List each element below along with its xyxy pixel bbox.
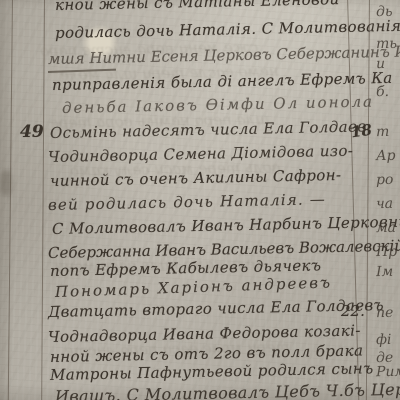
manuscript-fragment: Пр xyxy=(376,244,397,260)
manuscript-fragment: Ар xyxy=(376,148,396,164)
manuscript-line: деньба Іаковъ Ѳімфи Ол ионола xyxy=(62,92,374,117)
manuscript-fragment: дь xyxy=(376,4,393,20)
manuscript-line: вей родилась дочь Наталія. — xyxy=(48,190,326,214)
entry-number-49: 49 xyxy=(20,122,44,142)
manuscript-line: Дватцать втораго числа Ела Голдаевъ xyxy=(48,296,384,321)
manuscript-fragment: б. xyxy=(376,84,389,100)
manuscript-fragment: Рим xyxy=(376,364,400,381)
manuscript-fragment: т xyxy=(376,124,390,140)
manuscript-fragment: ма xyxy=(376,220,396,236)
manuscript-line: С Молитвовалъ Иванъ Нарбинъ Церковный xyxy=(52,212,400,238)
manuscript-fragment: Ім xyxy=(376,264,393,280)
ruled-line-vertical-left-outer xyxy=(8,0,14,400)
manuscript-fragment: ча xyxy=(376,196,393,212)
manuscript-line: кной жены съ Матіаны Еленовой xyxy=(55,0,340,14)
manuscript-photo: сже мени вора листе перо немо васле тери… xyxy=(0,0,400,400)
manuscript-fragment: фі xyxy=(376,332,392,348)
manuscript-fragment: ть xyxy=(376,36,397,52)
manuscript-line: Чодиндворца Семена Діомідова изо- xyxy=(48,142,354,166)
manuscript-fragment: ро xyxy=(376,172,394,188)
ruled-line-vertical-left-inner xyxy=(41,0,45,400)
manuscript-fragment: и xyxy=(376,56,385,72)
manuscript-fragment: пе xyxy=(376,305,394,321)
